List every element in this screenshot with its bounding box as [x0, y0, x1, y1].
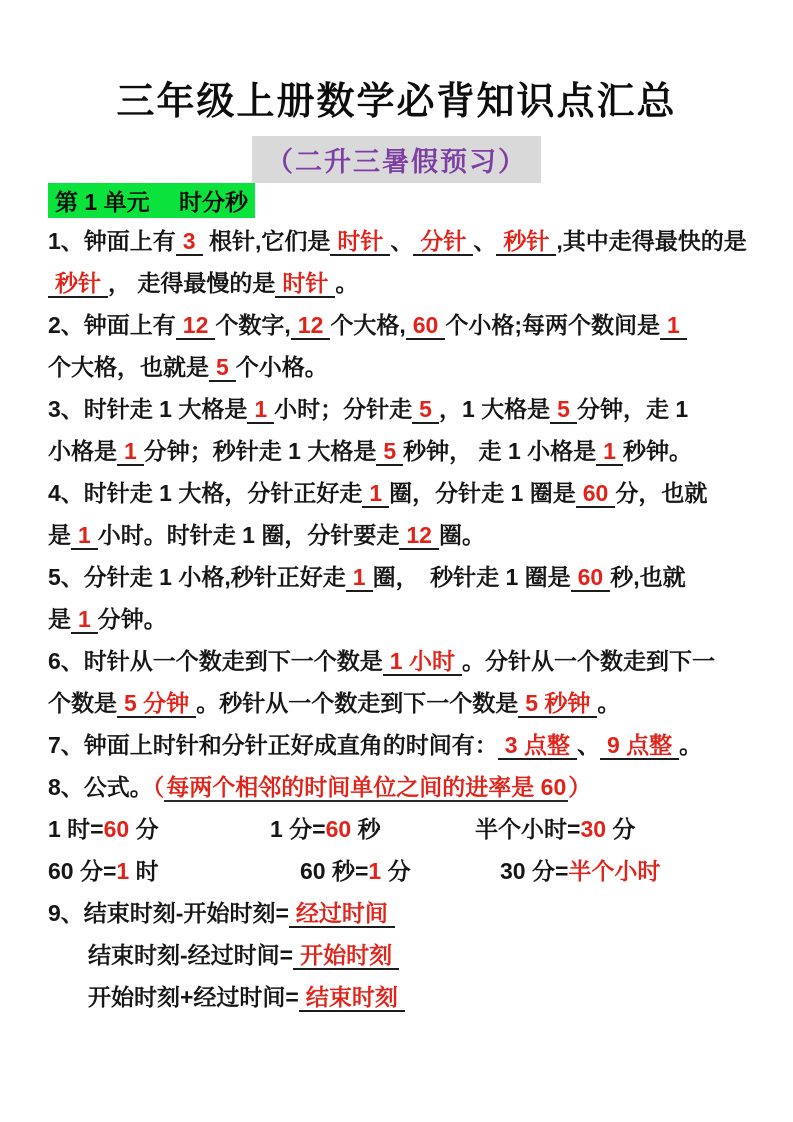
text-run: 个数是: [48, 690, 117, 716]
text-run: 9、结束时刻-开始时刻=: [48, 900, 289, 926]
text-run: 、: [577, 732, 600, 758]
text-run: 是: [48, 606, 71, 632]
text-run: 分钟，走 1: [577, 396, 688, 422]
text-run: 60 分=: [48, 858, 116, 884]
item-8-line: 8、公式。（每两个相邻的时间单位之间的进率是 60）: [48, 766, 753, 808]
text-run: ,其中走得最快的是: [556, 228, 746, 254]
text-run: 小格是: [48, 438, 117, 464]
content: 1、钟面上有3 根针,它们是时针、分针、秒针,其中走得最快的是秒针， 走得最慢的…: [48, 220, 753, 1018]
text-run: 根针,它们是: [203, 228, 331, 254]
answer-blank: 5: [412, 396, 439, 424]
text-run: 圈， 秒针走 1 圈是: [373, 564, 571, 590]
answer-blank: 1: [362, 480, 389, 508]
answer-blank: 5 分钟: [117, 690, 196, 718]
answer-blank: 5: [209, 354, 236, 382]
text-run: 。: [597, 690, 620, 716]
text-run: 3、时针走 1 大格是: [48, 396, 247, 422]
formula-cell: 半个小时=30 分: [475, 808, 635, 850]
answer-blank: 60: [406, 312, 446, 340]
item-4-line: 4、时针走 1 大格，分针正好走1圈，分针走 1 圈是60分，也就: [48, 472, 753, 514]
red-paren: （: [153, 774, 165, 800]
text-run: 7、钟面上时针和分针正好成直角的时间有：: [48, 732, 498, 758]
text-run: 个数字,: [215, 312, 290, 338]
text-run: 2、钟面上有: [48, 312, 176, 338]
red-text: 半个小时: [568, 858, 660, 884]
formula-row: 1 时=60 分1 分=60 秒半个小时=30 分: [48, 808, 753, 850]
answer-blank: 时针: [330, 228, 390, 256]
text-run: 秒钟， 走 1 小格是: [403, 438, 596, 464]
red-paren: ）: [568, 774, 591, 800]
section-header: 第 1 单元 时分秒: [48, 183, 255, 218]
text-run: 分: [606, 816, 635, 842]
item-2-line: 2、钟面上有12个数字,12个大格,60个小格;每两个数间是1: [48, 304, 753, 346]
answer-blank: 5: [550, 396, 577, 424]
item-2-line: 个大格，也就是5个小格。: [48, 346, 753, 388]
text-run: 6、时针从一个数走到下一个数是: [48, 648, 383, 674]
item-3-line: 小格是1分钟；秒针走 1 大格是5秒钟， 走 1 小格是1秒钟。: [48, 430, 753, 472]
answer-blank: 时针: [275, 270, 335, 298]
text-run: 秒钟。: [623, 438, 692, 464]
text-run: 结束时刻-经过时间=: [88, 942, 293, 968]
answer-blank: 1: [71, 522, 98, 550]
text-run: 个大格，也就是: [48, 354, 209, 380]
item-3-line: 3、时针走 1 大格是1小时；分针走5，1 大格是5分钟，走 1: [48, 388, 753, 430]
text-run: 半个小时=: [475, 816, 580, 842]
item-9-line: 结束时刻-经过时间=开始时刻: [48, 934, 753, 976]
answer-blank: 3 点整: [498, 732, 577, 760]
text-run: 圈，分针走 1 圈是: [389, 480, 576, 506]
red-underlined-text: 每两个相邻的时间单位之间的进率是 60: [164, 774, 568, 802]
answer-blank: 秒针: [496, 228, 556, 256]
section-header-row: 第 1 单元 时分秒: [48, 183, 255, 218]
item-7-line: 7、钟面上时针和分针正好成直角的时间有：3 点整、9 点整。: [48, 724, 753, 766]
formula-cell: 1 分=60 秒: [270, 808, 475, 850]
text-run: ， 走得最慢的是: [108, 270, 275, 296]
formula-cell: 30 分=半个小时: [500, 850, 660, 892]
answer-blank: 12: [291, 312, 331, 340]
text-run: 。秒针从一个数走到下一个数是: [196, 690, 518, 716]
subtitle-row: （二升三暑假预习）: [0, 136, 793, 183]
item-1-line: 秒针， 走得最慢的是时针。: [48, 262, 753, 304]
text-run: 小时。时针走 1 圈，分针要走: [98, 522, 400, 548]
text-run: 。: [679, 732, 702, 758]
page-title: 三年级上册数学必背知识点汇总: [0, 70, 793, 125]
red-text: 60: [326, 816, 352, 842]
text-run: 。分针从一个数走到下一: [462, 648, 715, 674]
red-text: 1: [116, 858, 129, 884]
text-run: 秒: [351, 816, 380, 842]
text-run: 、: [390, 228, 413, 254]
text-run: 分: [129, 816, 158, 842]
item-5-line: 5、分针走 1 小格,秒针正好走1圈， 秒针走 1 圈是60秒,也就: [48, 556, 753, 598]
text-run: 个大格,: [330, 312, 405, 338]
item-5-line: 是1分钟。: [48, 598, 753, 640]
text-run: ，1 大格是: [439, 396, 550, 422]
answer-blank: 结束时刻: [299, 984, 405, 1012]
text-run: 秒,也就: [610, 564, 685, 590]
formula-row: 60 分=1 时60 秒=1 分30 分=半个小时: [48, 850, 753, 892]
answer-blank: 1: [71, 606, 98, 634]
text-run: 开始时刻+经过时间=: [88, 984, 299, 1010]
answer-blank: 经过时间: [289, 900, 395, 928]
text-run: 分，也就: [615, 480, 707, 506]
answer-blank: 60: [576, 480, 616, 508]
text-run: 、: [473, 228, 496, 254]
red-text: 1: [368, 858, 381, 884]
subtitle-badge: （二升三暑假预习）: [252, 136, 541, 183]
text-run: 圈。: [439, 522, 485, 548]
text-run: 分钟；秒针走 1 大格是: [144, 438, 377, 464]
item-6-line: 个数是5 分钟。秒针从一个数走到下一个数是5 秒钟。: [48, 682, 753, 724]
answer-blank: 3: [176, 228, 203, 256]
item-9-line: 9、结束时刻-开始时刻=经过时间: [48, 892, 753, 934]
text-run: 1、钟面上有: [48, 228, 176, 254]
answer-blank: 1: [596, 438, 623, 466]
red-text: 60: [104, 816, 130, 842]
text-run: 1 分=: [270, 816, 326, 842]
page: 三年级上册数学必背知识点汇总 （二升三暑假预习） 第 1 单元 时分秒 1、钟面…: [0, 0, 793, 1122]
text-run: 。: [335, 270, 358, 296]
text-run: 分钟。: [98, 606, 167, 632]
answer-blank: 1: [660, 312, 687, 340]
item-4-line: 是1小时。时针走 1 圈，分针要走12圈。: [48, 514, 753, 556]
text-run: 4、时针走 1 大格，分针正好走: [48, 480, 362, 506]
text-run: 时: [129, 858, 158, 884]
text-run: 个小格;每两个数间是: [445, 312, 660, 338]
text-run: 5、分针走 1 小格,秒针正好走: [48, 564, 346, 590]
answer-blank: 开始时刻: [293, 942, 399, 970]
answer-blank: 秒针: [48, 270, 108, 298]
answer-blank: 60: [571, 564, 611, 592]
text-run: 小时；分针走: [274, 396, 412, 422]
answer-blank: 分针: [413, 228, 473, 256]
formula-cell: 1 时=60 分: [48, 808, 270, 850]
formula-cell: 60 分=1 时: [48, 850, 300, 892]
answer-blank: 1: [117, 438, 144, 466]
text-run: 30 分=: [500, 858, 568, 884]
answer-blank: 12: [176, 312, 216, 340]
formula-cell: 60 秒=1 分: [300, 850, 500, 892]
answer-blank: 5 秒钟: [518, 690, 597, 718]
answer-blank: 1: [346, 564, 373, 592]
red-text: 30: [580, 816, 606, 842]
item-9-line: 开始时刻+经过时间=结束时刻: [48, 976, 753, 1018]
answer-blank: 9 点整: [600, 732, 679, 760]
text-run: 个小格。: [236, 354, 328, 380]
answer-blank: 1 小时: [383, 648, 462, 676]
text-run: 8、公式。: [48, 774, 153, 800]
answer-blank: 1: [247, 396, 274, 424]
item-1-line: 1、钟面上有3 根针,它们是时针、分针、秒针,其中走得最快的是: [48, 220, 753, 262]
answer-blank: 5: [376, 438, 403, 466]
text-run: 60 秒=: [300, 858, 368, 884]
text-run: 分: [381, 858, 410, 884]
text-run: 1 时=: [48, 816, 104, 842]
item-6-line: 6、时针从一个数走到下一个数是1 小时。分针从一个数走到下一: [48, 640, 753, 682]
answer-blank: 12: [399, 522, 439, 550]
text-run: 是: [48, 522, 71, 548]
